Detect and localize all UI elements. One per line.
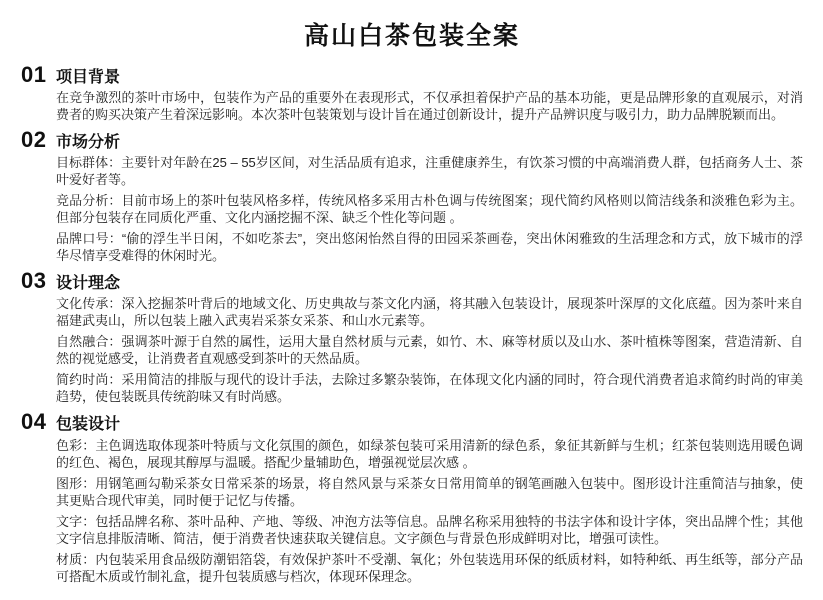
section-number: 01	[21, 63, 56, 86]
section-heading: 设计理念	[56, 274, 120, 293]
section-number: 04	[21, 410, 56, 433]
paragraph-cultural-heritage: 文化传承：深入挖掘茶叶背后的地域文化、历史典故与茶文化内涵，将其融入包装设计，展…	[56, 295, 803, 329]
paragraph: 在竞争激烈的茶叶市场中，包装作为产品的重要外在表现形式，不仅承担着保护产品的基本…	[56, 89, 803, 123]
section-heading: 包装设计	[56, 415, 120, 434]
section-heading: 项目背景	[56, 68, 120, 87]
paragraph-color: 色彩：主色调选取体现茶叶特质与文化氛围的颜色，如绿茶包装可采用清新的绿色系，象征…	[56, 437, 803, 471]
paragraph-brand-slogan: 品牌口号：“偷的浮生半日闲，不如吃茶去”，突出悠闲怡然自得的田园采茶画卷，突出休…	[56, 230, 803, 264]
paragraph-competitor-analysis: 竞品分析：目前市场上的茶叶包装风格多样，传统风格多采用古朴色调与传统图案；现代简…	[56, 192, 803, 226]
paragraph-minimalist-style: 简约时尚：采用简洁的排版与现代的设计手法，去除过多繁杂装饰，在体现文化内涵的同时…	[56, 371, 803, 405]
section-number: 02	[21, 128, 56, 151]
page-title: 高山白茶包装全案	[21, 22, 803, 51]
section-body: 目标群体：主要针对年龄在25 – 55岁区间，对生活品质有追求，注重健康养生，有…	[56, 154, 803, 264]
paragraph-typography: 文字：包括品牌名称、茶叶品种、产地、等级、冲泡方法等信息。品牌名称采用独特的书法…	[56, 513, 803, 547]
document-page: 高山白茶包装全案 01 项目背景 在竞争激烈的茶叶市场中，包装作为产品的重要外在…	[0, 0, 823, 600]
paragraph-graphics: 图形：用钢笔画勾勒采茶女日常采茶的场景，将自然风景与采茶女日常用简单的钢笔画融入…	[56, 475, 803, 509]
section-header: 03 设计理念	[21, 269, 803, 293]
section-number: 03	[21, 269, 56, 292]
section-header: 01 项目背景	[21, 63, 803, 87]
section-header: 02 市场分析	[21, 128, 803, 152]
section-packaging-design: 04 包装设计 色彩：主色调选取体现茶叶特质与文化氛围的颜色，如绿茶包装可采用清…	[21, 410, 803, 584]
section-body: 文化传承：深入挖掘茶叶背后的地域文化、历史典故与茶文化内涵，将其融入包装设计，展…	[56, 295, 803, 405]
section-design-concept: 03 设计理念 文化传承：深入挖掘茶叶背后的地域文化、历史典故与茶文化内涵，将其…	[21, 269, 803, 405]
section-body: 在竞争激烈的茶叶市场中，包装作为产品的重要外在表现形式，不仅承担着保护产品的基本…	[56, 89, 803, 123]
section-body: 色彩：主色调选取体现茶叶特质与文化氛围的颜色，如绿茶包装可采用清新的绿色系，象征…	[56, 437, 803, 585]
paragraph-material: 材质：内包装采用食品级防潮铝箔袋，有效保护茶叶不受潮、氧化；外包装选用环保的纸质…	[56, 551, 803, 585]
section-market-analysis: 02 市场分析 目标群体：主要针对年龄在25 – 55岁区间，对生活品质有追求，…	[21, 128, 803, 264]
section-heading: 市场分析	[56, 133, 120, 152]
paragraph-nature-integration: 自然融合：强调茶叶源于自然的属性，运用大量自然材质与元素，如竹、木、麻等材质以及…	[56, 333, 803, 367]
section-project-background: 01 项目背景 在竞争激烈的茶叶市场中，包装作为产品的重要外在表现形式，不仅承担…	[21, 63, 803, 123]
paragraph-target-audience: 目标群体：主要针对年龄在25 – 55岁区间，对生活品质有追求，注重健康养生，有…	[56, 154, 803, 188]
section-header: 04 包装设计	[21, 410, 803, 434]
